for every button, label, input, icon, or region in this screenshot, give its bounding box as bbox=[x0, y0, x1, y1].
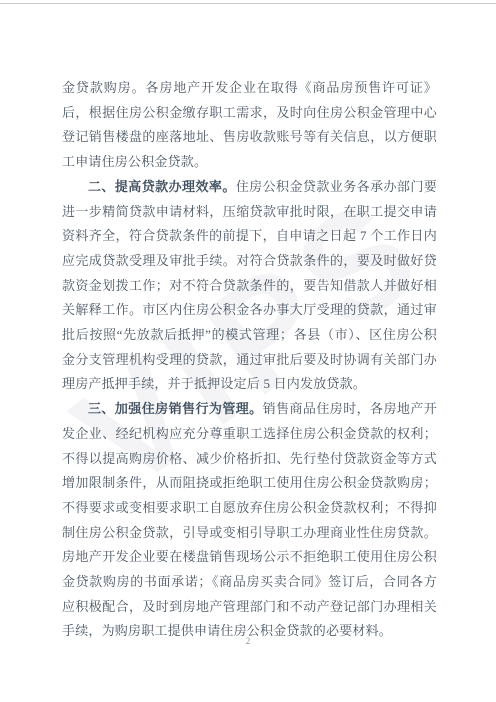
page-top-scan-edge bbox=[0, 3, 496, 4]
section-3-heading: 三、加强住房销售行为管理。 bbox=[88, 401, 263, 416]
page-number: 2 bbox=[0, 636, 496, 646]
document-body: 金贷款购房。各房地产开发企业在取得《商品房预售许可证》后，根据住房公积金缴存职工… bbox=[62, 76, 437, 644]
paragraph-continuation: 金贷款购房。各房地产开发企业在取得《商品房预售许可证》后，根据住房公积金缴存职工… bbox=[62, 76, 437, 175]
paragraph-section-2: 二、提高贷款办理效率。住房公积金贷款业务各承办部门要进一步精简贷款申请材料，压缩… bbox=[62, 175, 437, 397]
section-2-heading: 二、提高贷款办理效率。 bbox=[88, 179, 236, 194]
paragraph-section-3: 三、加强住房销售行为管理。销售商品住房时，各房地产开发企业、经纪机构应充分尊重职… bbox=[62, 397, 437, 644]
paragraph-text: 销售商品住房时，各房地产开发企业、经纪机构应充分尊重职工选择住房公积金贷款的权利… bbox=[62, 401, 437, 638]
document-page: VIPS 金贷款购房。各房地产开发企业在取得《商品房预售许可证》后，根据住房公积… bbox=[0, 0, 496, 702]
paragraph-text: 住房公积金贷款业务各承办部门要进一步精简贷款申请材料，压缩贷款审批时限，在职工提… bbox=[62, 179, 437, 392]
paragraph-text: 金贷款购房。各房地产开发企业在取得《商品房预售许可证》后，根据住房公积金缴存职工… bbox=[62, 80, 437, 169]
